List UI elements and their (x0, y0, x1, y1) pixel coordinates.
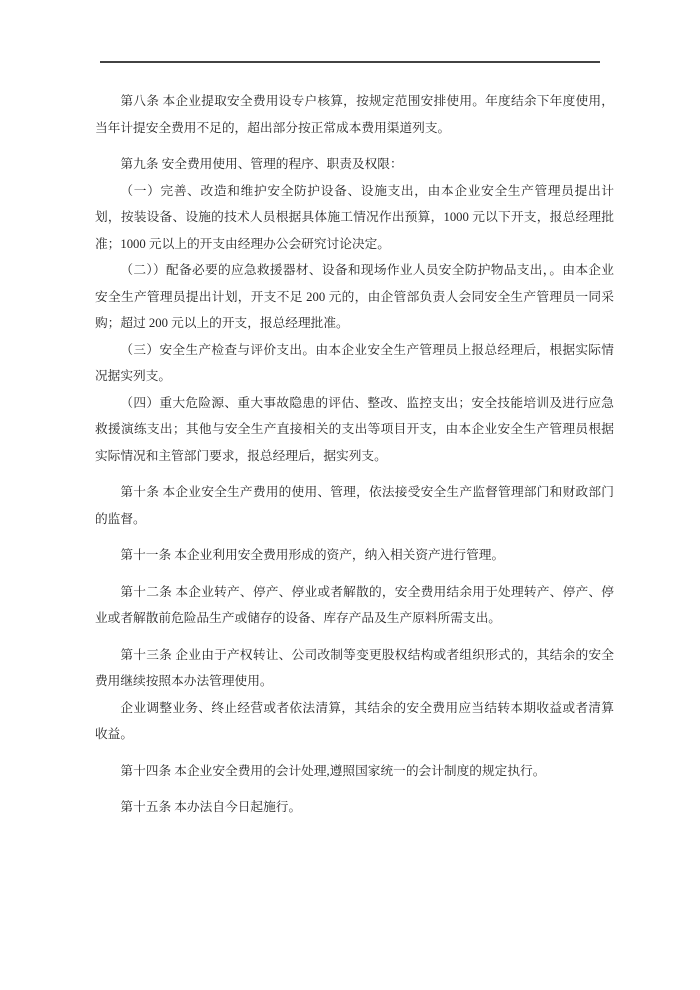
article-14: 第十四条 本企业安全费用的会计处理,遵照国家统一的会计制度的规定执行。 (95, 758, 614, 785)
article-9-item-3: （三）安全生产检查与评价支出。由本企业安全生产管理员上报总经理后，根据实际情况据… (95, 337, 614, 390)
article-10: 第十条 本企业安全生产费用的使用、管理，依法接受安全生产监督管理部门和财政部门的… (95, 479, 614, 532)
article-12: 第十二条 本企业转产、停产、停业或者解散的，安全费用结余用于处理转产、停产、停业… (95, 579, 614, 632)
article-11: 第十一条 本企业利用安全费用形成的资产，纳入相关资产进行管理。 (95, 542, 614, 569)
article-13-continued: 企业调整业务、终止经营或者依法清算，其结余的安全费用应当结转本期收益或者清算收益… (95, 695, 614, 748)
article-9-item-1: （一）完善、改造和维护安全防护设备、设施支出，由本企业安全生产管理员提出计划，按… (95, 178, 614, 258)
document-page: 第八条 本企业提取安全费用设专户核算，按规定范围安排使用。年度结余下年度使用，当… (0, 0, 700, 990)
article-9-item-2: （二））配备必要的应急救援器材、设备和现场作业人员安全防护物品支出，。由本企业安… (95, 257, 614, 337)
article-8: 第八条 本企业提取安全费用设专户核算，按规定范围安排使用。年度结余下年度使用，当… (95, 88, 614, 141)
article-9: 第九条 安全费用使用、管理的程序、职责及权限： (95, 151, 614, 178)
document-body: 第八条 本企业提取安全费用设专户核算，按规定范围安排使用。年度结余下年度使用，当… (95, 88, 614, 821)
header-rule (100, 61, 600, 63)
article-9-item-4: （四）重大危险源、重大事故隐患的评估、整改、监控支出；安全技能培训及进行应急救援… (95, 390, 614, 470)
article-15: 第十五条 本办法自今日起施行。 (95, 794, 614, 821)
article-13: 第十三条 企业由于产权转让、公司改制等变更股权结构或者组织形式的，其结余的安全费… (95, 642, 614, 695)
